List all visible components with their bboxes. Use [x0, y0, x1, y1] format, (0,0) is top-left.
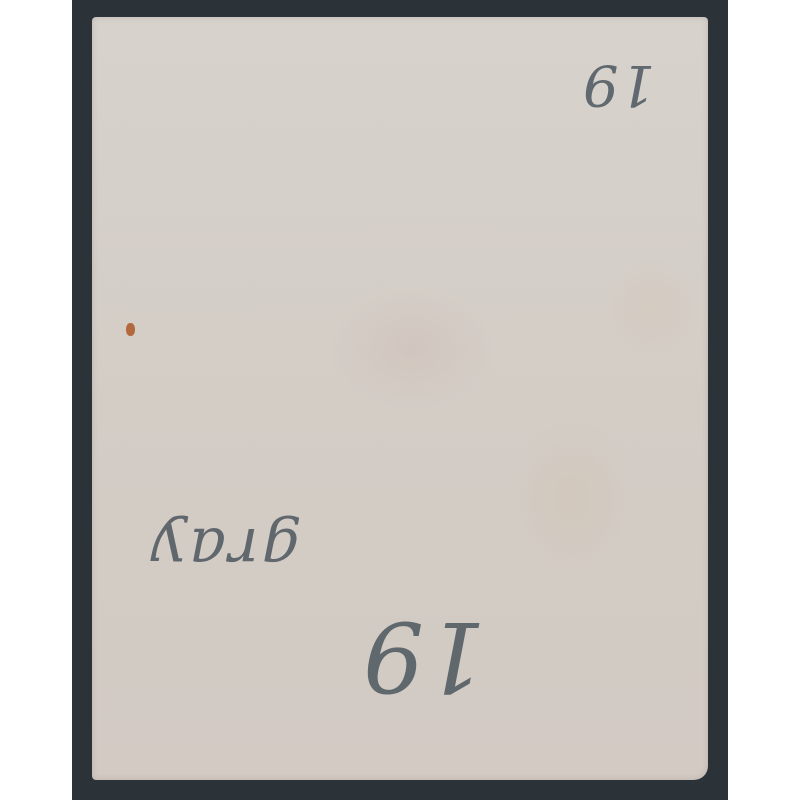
brown-fleck: [126, 323, 135, 336]
pencil-note-word: gray: [148, 510, 301, 590]
pencil-note-top-right: 19: [582, 52, 655, 116]
pencil-note-bottom: 19: [362, 596, 486, 716]
